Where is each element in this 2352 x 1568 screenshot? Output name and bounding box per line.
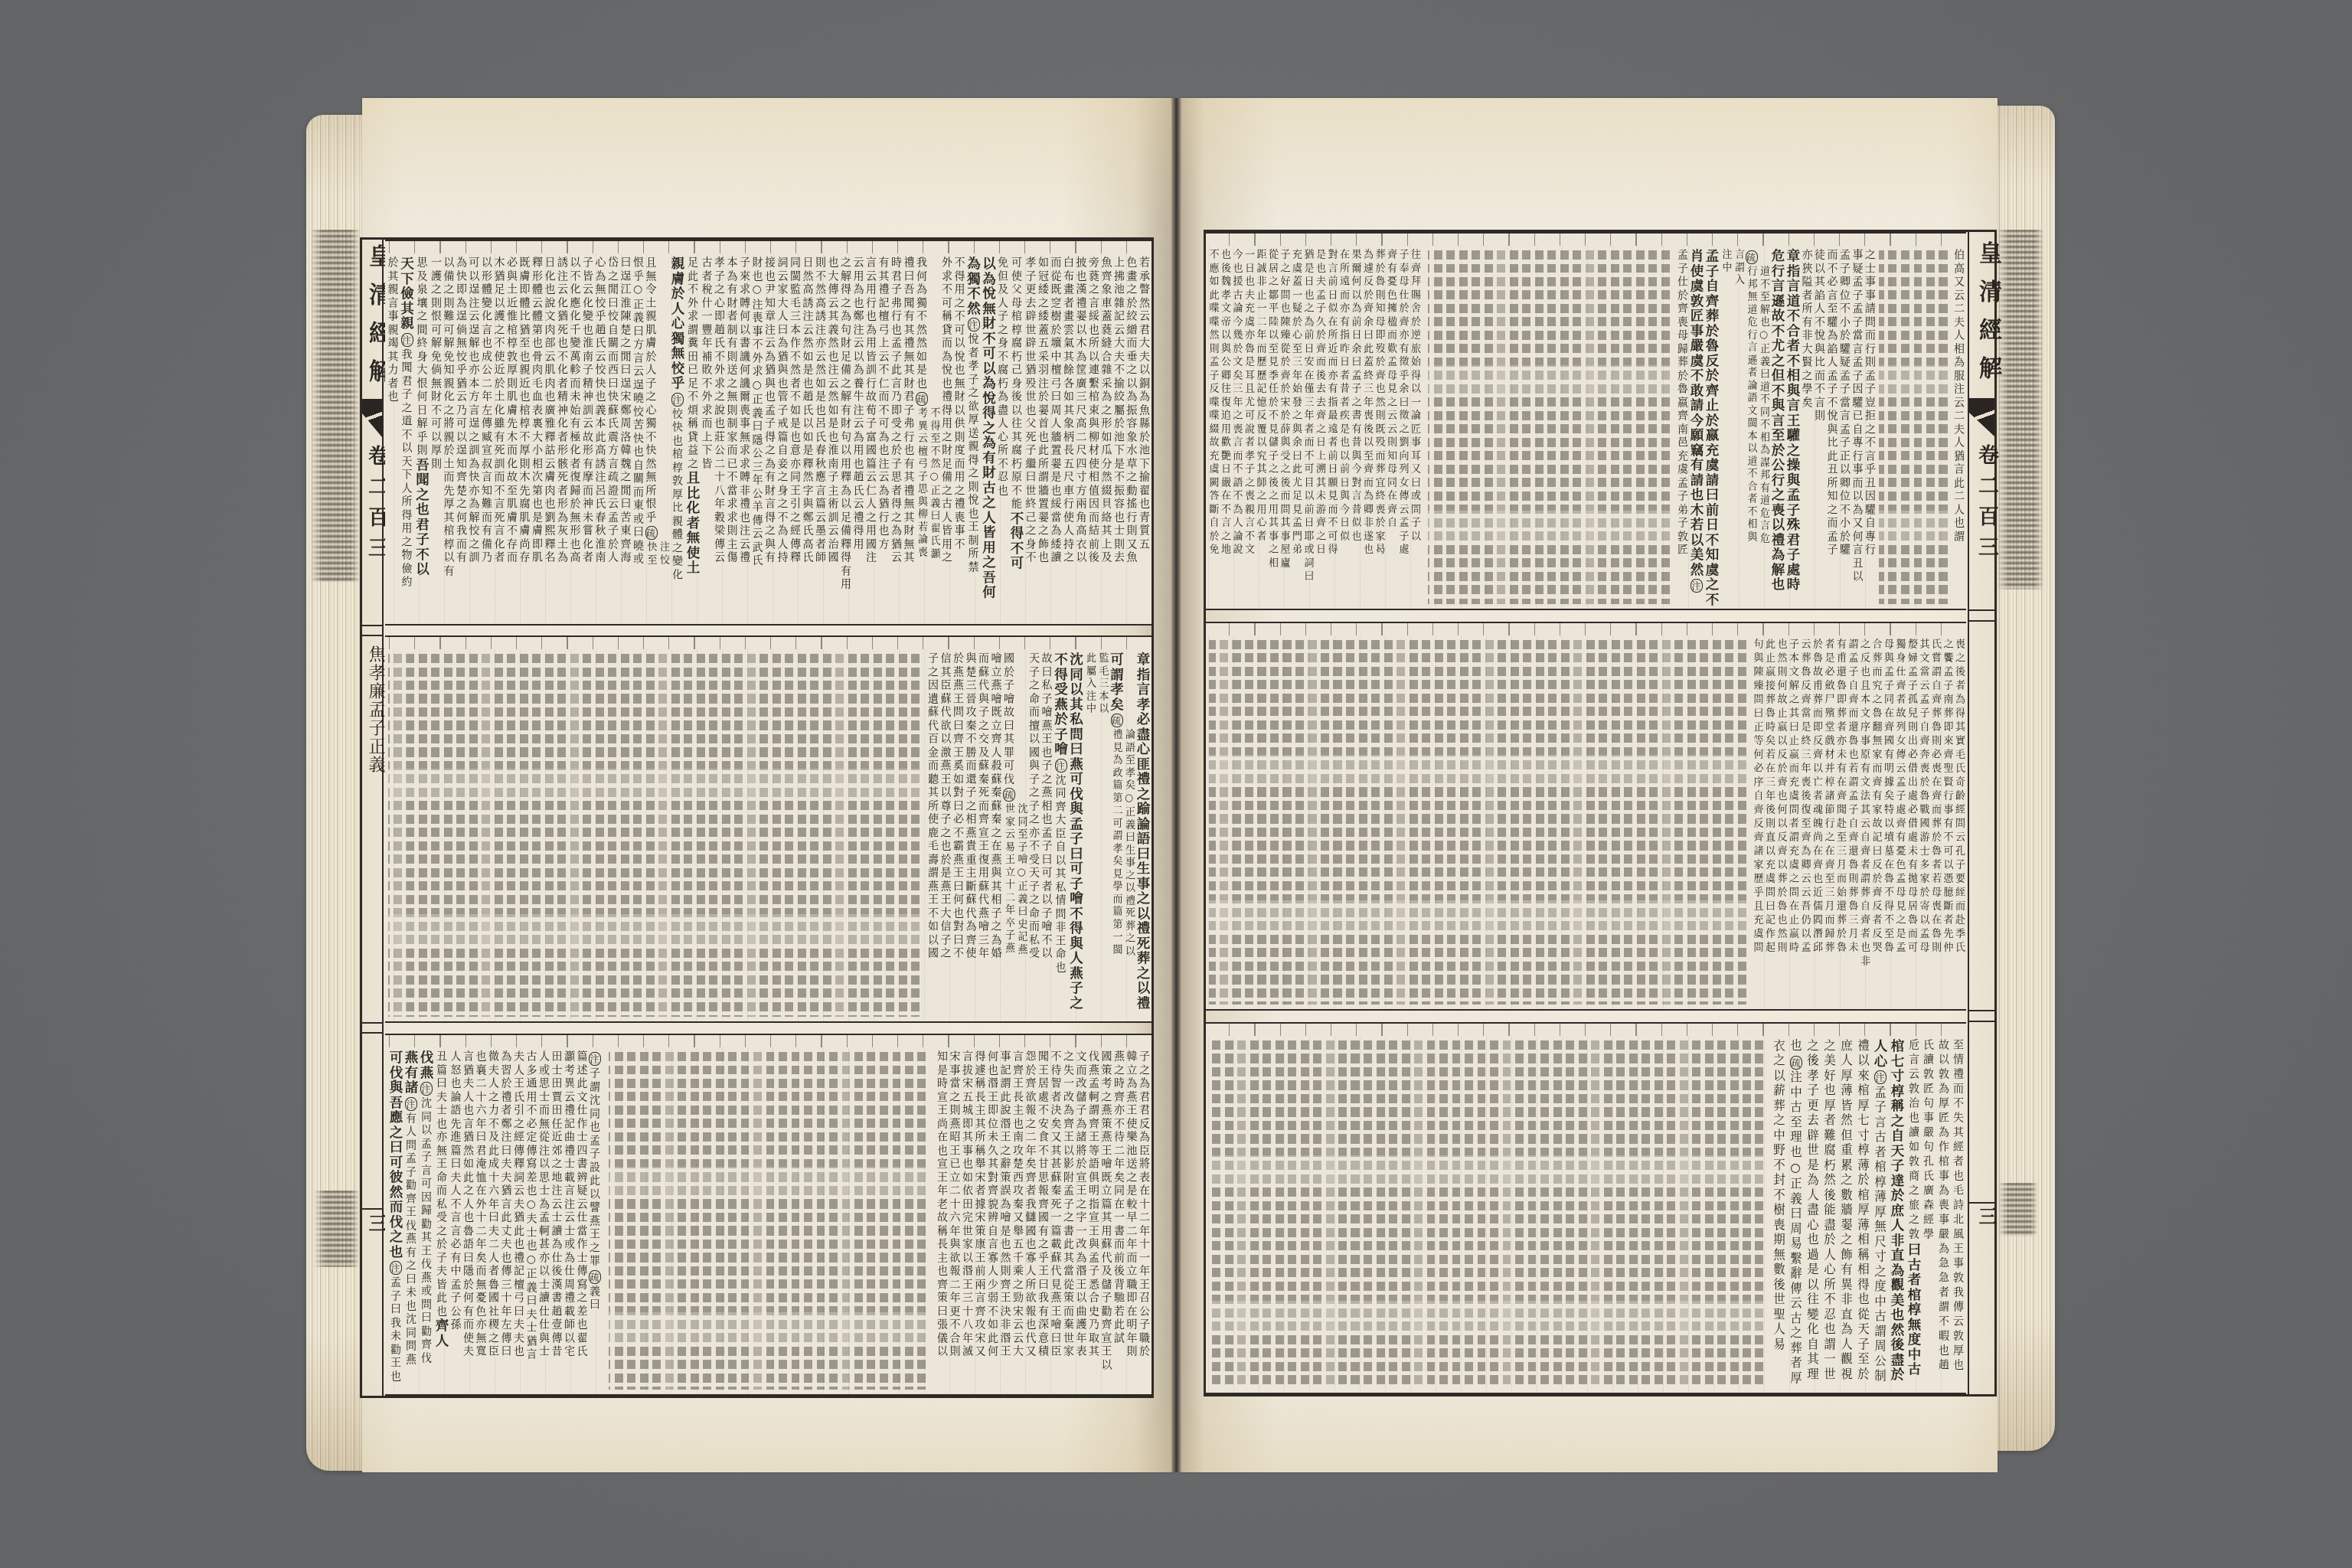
- classic-text: 可謂孝矣: [1109, 652, 1124, 712]
- text-column: 不得受燕於子噲注沈同齊大臣自以其私情問非王命也: [1053, 652, 1068, 1018]
- text-column: 為獨不然注悅者孝子之欲厚送親得之則悅也王制所禁: [965, 256, 981, 621]
- commentary-text: 言云用行也為用皆訓行故荀子富國篇云仁人之用國注: [864, 256, 877, 565]
- text-block: 章指言孝必盡心匪禮之踰論語曰生事之以禮死葬之以禮可謂孝矣疏論語至孝矣○正義曰生事…: [926, 652, 1151, 1018]
- commentary-marker-icon: 注: [1690, 579, 1703, 593]
- divider: [1969, 1202, 1994, 1204]
- text-column: 葬於魯則知母即歿於齊也然則既殁而葬宜終喪於家曷: [1373, 249, 1385, 606]
- text-column: 韓立為燕王使樂池送之是較早二年而立職即在明年則: [1125, 1050, 1138, 1391]
- commentary-text: 距誠非止一二年而歷歷記憶反覆以究其師之用心者: [1255, 249, 1266, 544]
- text-column: 本為有財者制有則送之無則制家而已不當求求則主傷: [725, 256, 738, 621]
- text-column: 於魯故甫葬而即反齊以亡者魂魄尚在齊也近儒閻潛邱: [1811, 639, 1823, 1006]
- commentary-text: 注中古至理也○正義曰周易繫辭傳云古之葬者厚: [1788, 1071, 1802, 1387]
- text-column: 知是時宣王尚在也宣王年老故稱長主也齊策曰張儀以: [936, 1050, 949, 1391]
- left-middle-tier: 章指言孝必盡心匪禮之踰論語曰生事之以禮死葬之以禮可謂孝矣疏論語至孝矣○正義曰生事…: [385, 635, 1151, 1023]
- commentary-marker-icon: 注: [589, 1052, 601, 1066]
- commentary-text: 也後魏孝文帝以與公卿往復追用歡艷日嚴在不言之地: [1219, 249, 1230, 557]
- text-column: 一護之則恨可解免倘無財不可以厚則: [430, 256, 443, 621]
- commentary-text: 為遽反於齊余曰此蓋終三年喪後以至齊而為卿非遂也: [1361, 249, 1373, 557]
- commentary-text: 孟子曰我未勸王也: [389, 1276, 401, 1383]
- text-column: 言拔宋五城即其事也如依田完世家以湣王三十八年滅: [961, 1050, 974, 1391]
- commentary-text: 同閩監毛三本作不然者不如是也意亦同王引之經傳釋: [789, 256, 801, 565]
- commentary-text: 之反也且本文序事原有文法其云自齊者謂葬自齊者也非: [1858, 639, 1870, 969]
- dense-text-region: [609, 1052, 928, 1390]
- commentary-text: 往齊拜賜舍於逆旅始得以一論匠事耳又曰或問子以: [1409, 249, 1420, 544]
- text-column: 嫠婦孟子孤兒則出必借出處必借處未有拋母居魯而可: [1906, 639, 1918, 1006]
- classic-text: 曰古者棺椁無度中古: [1906, 1243, 1921, 1377]
- divider: [1969, 1021, 1994, 1022]
- commentary-text: 而從既窆樹於壙中檀弓曰周人牆置翣是也綏當為緌讀: [1050, 256, 1062, 565]
- text-column: 孟子自齊葬於魯反於齊止於嬴充虞請曰前日不知虞之不: [1704, 249, 1719, 606]
- dense-text-region: [1428, 250, 1671, 604]
- commentary-subline: 考異云檀弓子思與柳若論喪: [915, 407, 928, 560]
- text-column: 國於子噲故曰其罪可伐疏沈同至子噲○正義曰史記燕世家云易王立十二年卒子燕: [1002, 652, 1027, 1018]
- commentary-text: 此止嬴接葬魯時矣若在三年後則直以充虞問曰記作起: [1763, 639, 1775, 955]
- text-column: 人或思士而無從注以思士為孟軻甚亦以士讀仕仕與士: [537, 1050, 550, 1391]
- text-column: 既膚即體比猶至也親近也棺椁不厚則木先腐肌膚尚存: [518, 256, 531, 621]
- text-column: 往齊拜賜舍於逆旅始得以一論匠事耳又曰或問子以: [1409, 249, 1421, 606]
- text-column: 喪之後者為得其實毛氏奇齡經問云孔子要絰而赴季氏: [1953, 639, 1965, 1006]
- text-column: 可伐與吾應之曰可彼然而伐之也注孟子曰我未勸王也: [387, 1050, 403, 1391]
- commentary-text: 我何為獨不然然如是也: [915, 256, 927, 390]
- text-column: 日化也說文肉部云肌肉也廣雅釋詁云膚肉也劉熙釋名: [543, 256, 556, 621]
- text-column: 人怒也論語先進篇曰夫人不言言必有中孟子公孫: [449, 1050, 462, 1391]
- commentary-text: 木猶足以護之不使近於土化雖有死訓而不言死言化者: [493, 256, 505, 565]
- text-column: 如冠緌之緌蓋五采羽注於翣首也此所謂牆置翣之飾也: [1037, 256, 1050, 621]
- divider: [362, 1208, 382, 1210]
- commentary-text: 時君子弗行也孟子此言乃即受之於子思者得之為猶云: [890, 256, 902, 565]
- text-column: 田士田賈田任近郊之地注云士讀為仕後漢書趙壹傳昔: [550, 1050, 563, 1391]
- text-column: 子之為君君反為臣將表在十二年十一年王召公子職於: [1138, 1050, 1151, 1391]
- text-column: 我何為獨不然然如是也疏不得至不然○正義曰翟氏灝考異云檀弓子思與柳若論喪: [915, 256, 940, 621]
- text-column: 言謂入注中: [1719, 249, 1744, 606]
- commentary-text: 何也湣王即位未久其對齊貌辨自言寡人少弱不如此何: [986, 1050, 998, 1359]
- text-column: 燕之時齊亦不待二年矣同在一書而前後背馳若此試: [1112, 1050, 1125, 1391]
- text-column: 伐燕注沈同以孟子言可因歸勸其王伐燕或問曰勸齊伐: [418, 1050, 433, 1391]
- text-block: 至情禮而不失其經者也毛詩北風王事敦我傳云敦厚也故以敦為厚匠為作棺事為喪事嚴為急急…: [1770, 1039, 1965, 1390]
- text-column: 子奉母仕於齊亦有徵乎余曰徵之劉向列女傳云孟子處: [1396, 249, 1409, 606]
- commentary-text: 也然則何故止嬴以反於齊也何以反齊以葬於魯也然則: [1775, 639, 1787, 955]
- classic-text: 不得不可: [1008, 511, 1024, 571]
- commentary-text: 上拂池雜記云大夫不揄絞屬於池下是不振容也士則去: [1112, 256, 1125, 565]
- commentary-text: 且無令土親肌膚於人子之心獨不快然無所恨乎: [645, 256, 657, 524]
- commentary-text: 而蘇代與子之交及蘇秦死而齊宣王復用蘇代燕噲三年: [977, 652, 989, 961]
- fore-edge-ink-bleed: [310, 230, 361, 582]
- divider: [1969, 620, 1994, 622]
- text-column: 披也漢禮翣以木為筐廣三尺高二尺四寸方兩角高衣以: [1074, 256, 1087, 621]
- text-column: 木猶足以護之不使近於土化雖有死訓而不言死言化者: [492, 256, 505, 621]
- text-column: 且無令土親肌膚於人子之心獨不快然無所恨乎疏注恔快至: [644, 256, 669, 621]
- commentary-text: 足此不外求謂糞田已足不煩稱貸益之: [686, 256, 698, 471]
- text-column: 事疑孟子孟子當言孟子因驩已自專行事而以為又何言丑以: [1851, 249, 1864, 606]
- commentary-marker-icon: 疏: [1790, 1056, 1802, 1070]
- text-column: 孝子更去辟世辟世猶殁世也父死子繼曰世終己之身不: [1024, 256, 1037, 621]
- text-column: 距誠非止一二年而歷歷記憶反覆以究其師之用心者: [1254, 249, 1266, 606]
- commentary-marker-icon: 疏: [589, 1270, 601, 1284]
- text-column: 果爾何以為前日余曰孟子之書有昔與今對言昔似也: [1349, 249, 1361, 606]
- text-column: 充虞蓋一疑於心至三年始發之與余曰此尤足見孟門弟: [1290, 249, 1302, 606]
- text-column: 古者稅什一豐年補敗不外求而上下皆: [700, 256, 713, 621]
- commentary-text: 子來求賻何以書譏何譏爾喪事無求求賻非禮也注云禮: [738, 256, 750, 565]
- text-column: 云葬魯反齊當是終三年喪後復至齊為卿云云吾仍以孟: [1798, 639, 1811, 1006]
- commentary-text: 一日也夫充虞亦魯是耳且尤可說者孝子之喪親言不文: [1243, 249, 1254, 557]
- left-top-tier: 若承瞥然云君大夫以銅為魚縣於池下揄翟也青質五色畫之於絞繒而垂之以為振容象水草之動…: [385, 240, 1151, 626]
- double-line-commentary: 氏讀敦匠句事嚴句孔氏廣森經學卮言云敦治也讀如敦商之旅之敦: [1906, 1039, 1935, 1243]
- text-column: 宋事當之則燕昭王已立二十六年與欲報二年更不合則: [948, 1050, 961, 1391]
- text-column: 之美好也厚者難腐朽然後能盡於人心所不忍也謂一世: [1821, 1039, 1837, 1390]
- text-column: 言猶夫人也言猶然如此之人也魯語曰隱於何有而使夫: [462, 1050, 475, 1391]
- commentary-text: 悅者孝子之欲厚送親得之則悅也王制所禁: [967, 333, 979, 574]
- commentary-text: 之後孝子更去辟世是為人盡心也過是以往變化自其理: [1805, 1039, 1819, 1383]
- text-column: 合葬而究之魯翻無家而齊有家故記曰反於齊反者反哭: [1870, 639, 1882, 1006]
- text-column: 也後魏孝文帝以與公卿往復追用歡艷日嚴在不言之地: [1219, 249, 1231, 606]
- commentary-subline: 不得至不然○正義曰翟氏灝: [927, 407, 940, 560]
- commentary-text: 古多通用不必定傳寫差也○夫士也○正義曰夫士猶言: [525, 1050, 537, 1362]
- dense-text-region: [1209, 640, 1748, 1004]
- text-column: 章指言道不合者不相與言王驩之操與孟子殊君子處時: [1785, 249, 1800, 606]
- text-column: 也然則何故止嬴以反於齊也何以反齊以葬於魯也然則: [1775, 639, 1787, 1006]
- commentary-text: 國於子噲故曰其罪可伐: [1002, 652, 1014, 786]
- commentary-text: 於燕燕王問曰齊王奚如對曰必不霸燕王曰何也對曰不: [952, 652, 964, 961]
- classic-text: 危行言遜故不尤之但不與言至於公行之喪以禮為解也: [1769, 249, 1785, 593]
- text-column: 之士事事請問而行則孟子豈拒之不言乎丑因驩自專行: [1864, 249, 1877, 606]
- commentary-text: 國策考之燕策燕王噲既立篇其用蘇代及儲子勸齊宣王以: [1100, 1050, 1112, 1372]
- commentary-text: 充虞蓋一疑於心至三年始發之與余曰此尤足見孟門弟: [1290, 249, 1302, 557]
- text-column: 古多通用不必定傳寫差也○夫士也○正義曰夫士猶言: [524, 1050, 537, 1391]
- book-spine-gutter: [1171, 98, 1182, 1472]
- text-column: 氏讀敦匠句事嚴句孔氏廣森經學卮言云敦治也讀如敦商之旅之敦曰古者棺椁無度中古: [1905, 1039, 1935, 1390]
- commentary-text: 猶是日也之為前日安在僅三年者而不可目以前日耶或詞曰: [1302, 249, 1314, 584]
- classic-text: 天下儉其親: [399, 256, 414, 332]
- text-column: 信其臣蘇代欲以激燕王以尊子之也於是燕王大信子之: [939, 652, 952, 1018]
- text-column: 微夫人之力不及此成十六年曰夫二人者魯國社稷之臣: [487, 1050, 500, 1391]
- text-column: 以備之則難可解免知親化之將親於土而先厚其棺椁以有: [442, 256, 455, 621]
- commentary-subline: 此屬入注中: [1083, 652, 1096, 716]
- commentary-text: 外求不可稱貸而為悅也禮得用之財足備之古人皆用之: [940, 256, 952, 565]
- commentary-text: 故曰私子噲燕王也子之燕相也孟子曰可者以子噲不以: [1040, 652, 1053, 961]
- classic-text: 肖使虞敦匠事嚴虞不敢請今願竊有請也木若以美然: [1688, 249, 1704, 577]
- text-column: 於其親言事親竭其力者也: [386, 256, 399, 621]
- classic-text: 伐燕: [418, 1050, 433, 1080]
- commentary-marker-icon: 注: [1055, 759, 1067, 773]
- commentary-text: 齊有憂色擁楹而歎孟母見之云云則知母同在齊自: [1385, 249, 1396, 531]
- text-column: 齊有憂色擁楹而歎孟母見之云云則知母同在齊自: [1385, 249, 1397, 606]
- commentary-text: 事疑孟子孟子當言孟子因驩已自專行事而以為又何言丑以: [1851, 249, 1864, 584]
- text-column: 庶人厚薄皆然但重累之數牆翣之飾有異非直為人觀視: [1837, 1039, 1854, 1390]
- commentary-text: 之美好也厚者難腐朽然後能盡於人心所不忍也謂一世: [1822, 1039, 1836, 1383]
- commentary-marker-icon: 注: [401, 333, 413, 347]
- commentary-text: 一護之則恨可解免倘無財不可以厚則: [430, 256, 442, 471]
- text-column: 孝子之心即趙氏不外求之說也莊公二十八年穀梁傳云: [713, 256, 726, 621]
- text-column: 其文當云孟子自齊奔喪於魯戰國游士多家於寄以孟母: [1917, 639, 1929, 1006]
- commentary-text: 其文當云孟子自齊奔喪於魯戰國游士多家於寄以孟母: [1918, 639, 1929, 955]
- text-column: 為快即為逞倘無恔乎猶云乃可以逞知齊楚之何我而有: [455, 256, 468, 621]
- text-column: 丑篇曰夫士也亦無王命而私受之於子夫皆此也齊人: [433, 1050, 449, 1391]
- divider: [1969, 1010, 1994, 1011]
- text-column: 而從既窆樹於壙中檀弓曰周人牆置翣是也綏當為緌讀: [1049, 256, 1062, 621]
- commentary-text: 恨乎○正義曰方言云逞曉恔苦快也自關而東或曰曉或: [632, 256, 644, 567]
- text-column: 夫人王氏引之經傳釋詞云夫猶此也禮記檀弓曰夫夫也: [512, 1050, 525, 1391]
- text-column: 白布畫者畫雲氣其餘各如其象柄長五尺車行使人持之: [1062, 256, 1075, 621]
- text-column: 誘注云化猶死也不化者精神化者形骸死者形為灰土為: [556, 256, 569, 621]
- commentary-marker-icon: 注: [968, 318, 980, 332]
- commentary-text: 如冠緌之緌蓋五采羽注於翣首也此所謂牆置翣之飾也: [1037, 256, 1049, 565]
- text-column: 恨乎○正義曰方言云逞曉恔苦快也自關而東或曰曉或: [632, 256, 645, 621]
- text-column: 則不然高誘注亦云然如是也呂氏春秋應言篇云墨者師: [814, 256, 827, 621]
- commentary-text: 聞王居處不安食不甘思報齊國有之乎王曰我有深意積: [1037, 1050, 1049, 1359]
- commentary-text: 事記謂此說湣王之辭策誤為噲是也然則齊王決非湣王: [999, 1050, 1011, 1359]
- commentary-text: 田士田賈田任近郊之地注云士讀為仕後漢書趙壹傳昔: [550, 1050, 563, 1359]
- fore-edge-ink-bleed: [314, 1191, 360, 1267]
- commentary-subline: 快至: [644, 541, 657, 567]
- text-column: 為遽反於齊余曰此蓋終三年喪後以至齊而為卿非遂也: [1361, 249, 1374, 606]
- commentary-text: 以不化應化千變萬軫而未始有極化者復歸於無形也高: [569, 256, 581, 565]
- text-column: 氏嘗謂自齊葬魯則必喪在齊而葬於魯者若母喪在魯則: [1929, 639, 1942, 1006]
- text-column: 衣之以薪葬之中野不封不樹喪期無數後世聖人易: [1770, 1039, 1787, 1390]
- text-column: 之解得之為句財足備之解有財句以用釋為以足備釋得有用: [839, 256, 852, 621]
- commentary-subline: 言謂入: [1732, 249, 1745, 287]
- commentary-text: 在所遠而亦有指昨日者昔者疾是也以前日與今日似: [1338, 249, 1349, 544]
- commentary-text: 必與土近惟棺椁敦厚則肌膚先木而化故至肌膚不存而: [505, 256, 518, 565]
- commentary-text: 白布畫者畫雲氣其餘各如其象柄長五尺車行使人持之: [1062, 256, 1074, 565]
- commentary-text: 而不必言至驩為諂人孟子不悅與比此丑所知之而孟子: [1826, 249, 1838, 557]
- text-column: 子之好問也陳臻從於齊於宋於薛與受之後而問其事屋廬: [1278, 249, 1290, 606]
- text-column: 而蘇代與子之交及蘇秦死而齊宣王復用蘇代燕噲三年: [977, 652, 990, 1018]
- commentary-text: 宋事當之則燕昭王已立二十六年與欲報二年更不合則: [949, 1050, 961, 1359]
- text-column: 子皆云化變也淮南子精神訓云故形有摩而神未嘗化者: [581, 256, 594, 621]
- text-block: 之士事事請問而行則孟子豈拒之不言乎丑因驩自專行事疑孟子孟子當言孟子因驩已自專行事…: [1676, 249, 1877, 606]
- text-column: 文而改儲子為諸將於宣王之字一改為湣王以曲護年表: [1074, 1050, 1087, 1391]
- text-column: 從居之鄒平陸以至見季任於不見儲子之後之用其事之相: [1266, 249, 1279, 606]
- commentary-text: 之失一改為齊王以影附孟子之書此其當從策而棄世家: [1062, 1050, 1074, 1359]
- fishtail-mark-icon: [362, 399, 382, 437]
- text-column: 孟子仕於齊喪母歸葬於魯嬴齊南邑充虞孟子弟子敦匠: [1676, 249, 1689, 606]
- left-bottom-tier: 注子謂沈同也孟子設此以譬燕王之罪疏義曰篇述此文仕作士四書辨疑云仕當作士傳寫之差也…: [385, 1034, 1151, 1396]
- text-column: 謂孟子自齊而還魯也若謂孟子自齊還魯則葬魯三月未: [1846, 639, 1858, 1006]
- classic-text: 沈同以其私問曰燕可伐與孟子曰可子噲不得與人燕子之: [1068, 652, 1083, 1011]
- text-column: 禮以來棺厚七寸椁薄於棺厚薄相稱相得也從天子至於: [1854, 1039, 1871, 1390]
- classic-text: 齊人: [433, 1318, 449, 1348]
- text-column: 一日也夫充虞亦魯是耳且尤可說者孝子之喪親言不文: [1243, 249, 1255, 606]
- text-column: 伯高又云二夫人相為服注云二夫人猶言此二人也謂: [1952, 249, 1965, 606]
- text-column: 岱之閒曰恔自關而西曰快蘇氏震方言疏證云孟子於人: [606, 256, 619, 621]
- text-column: 故曰私子噲燕王也子之燕相也孟子曰可者以子噲不以: [1040, 652, 1053, 1018]
- text-column: 可謂孝矣疏論語至孝矣○正義曰生事之以禮死葬之以禮見為政篇第二可謂孝矣見學而篇第一…: [1109, 652, 1135, 1018]
- text-column: 上拂池雜記云大夫不揄絞屬於池下是不振容也士則去: [1112, 256, 1125, 621]
- commentary-text: 不應如此喋喋然則孟子反喋喋綴故充虞闕答斷自於免: [1207, 249, 1219, 557]
- commentary-text: 於魯故甫葬而即反齊以亡者魂魄尚在齊也近儒閻潛邱: [1811, 639, 1822, 955]
- text-column: 監毛三本以此屬入注中: [1083, 652, 1109, 1018]
- text-column: 日然高誘注云然如是也趙氏以如是釋然字與鄭氏高氏: [801, 256, 814, 621]
- commentary-text: 微夫人之力不及此成十六年曰夫二人者魯國社稷之臣: [487, 1050, 499, 1359]
- text-column: 天下儉其親注我聞君子之道不以天下人所得用之物儉約: [399, 256, 414, 621]
- commentary-subline: 行邦無道危行言遜者論語文閩本以道不合者不相與: [1744, 266, 1757, 545]
- text-column: 以不化應化千變萬軫而未始有極化者復歸於無形也高: [568, 256, 581, 621]
- commentary-subline: 氏讀敦匠句事嚴句孔氏廣森經學: [1920, 1039, 1935, 1243]
- text-column: 言齊王長主也南攻楚西攻秦又舉五千乘之勁宋云云大: [1011, 1050, 1024, 1391]
- commentary-text: 不得用之不可以悅也無財以供則度而用之禮喪事不: [953, 256, 965, 551]
- commentary-text: 從居之鄒平陸以至見季任於不見儲子之後之用其事之相: [1266, 249, 1278, 570]
- commentary-text: 合葬而究之魯翻無家而齊有家故記曰反於齊反者反哭: [1870, 639, 1882, 955]
- commentary-subline: 世家云易王立十二年卒子燕: [1002, 803, 1015, 956]
- dense-text-region: [388, 654, 922, 1017]
- right-page-printed-frame: 皇清經解 卷二百三 三 伯高又云二夫人相為服注云二夫人猶言此二人也謂 之士事事請…: [1204, 230, 1997, 1396]
- commentary-text: 之饗孟子南葬即來齊聖賢行事有不可以憑臆斷者先仲: [1942, 639, 1953, 955]
- commentary-text: 伯高又云二夫人相為服注云二夫人猶言此二人也謂: [1952, 249, 1965, 544]
- commentary-text: 言猶夫人也言猶然如此之人也魯語曰隱於何有而使夫: [462, 1050, 474, 1359]
- commentary-subline: 注中: [1719, 249, 1732, 287]
- commentary-text: 沈同齊大臣自以其私情問非王命也: [1054, 774, 1067, 975]
- text-column: 不得用之不可以悅也無財以供則度而用之禮喪事不: [952, 256, 965, 621]
- commentary-text: 孟子言古者棺椁薄厚無尺寸之度中古謂周公制: [1873, 1086, 1886, 1384]
- text-block: 喪之後者為得其實毛氏奇齡經問云孔子要絰而赴季氏之饗孟子南葬即來齊聖賢行事有不可以…: [1751, 639, 1965, 1006]
- commentary-text: 言齊王長主也南攻楚西攻秦又舉五千乘之勁宋云云大: [1011, 1050, 1024, 1359]
- commentary-text: 韓立為燕王使樂池送之是較早二年而立職即在明年則: [1125, 1050, 1138, 1359]
- text-column: 言云用行也為用皆訓行故荀子富國篇云仁人之用國注: [864, 256, 877, 621]
- commentary-text: 母與孟子同在齊國有明據矣特以墳墓在魯不得不至魯: [1882, 639, 1893, 955]
- divider: [362, 625, 382, 626]
- commentary-text: 庶人厚薄皆然但重累之數牆翣之飾有異非直為人觀視: [1839, 1039, 1853, 1383]
- commentary-subline: 沈同至子噲○正義曰史記燕: [1014, 803, 1027, 956]
- left-page-printed-frame: 皇清經解 卷二百三 焦孝廉孟子正義 三 若承瞥然云君大夫以銅為魚縣於池下揄翟也青…: [360, 237, 1154, 1398]
- double-line-commentary: 言謂入注中: [1719, 249, 1744, 287]
- text-column: 子本文解之其曰止嬴而充虞問者謂充虞之問在止嬴時: [1787, 639, 1799, 1006]
- classic-text: 人心: [1872, 1039, 1887, 1069]
- commentary-text: 今也援古論今幾於文矣三年之喪言而不語不為人論說: [1231, 249, 1243, 557]
- commentary-text: 天子之命而擅以國與子之子之亦不受天子之命而私受: [1027, 652, 1040, 961]
- commentary-text: 若承瞥然云君大夫以銅為魚縣於池下揄翟也青質五: [1138, 256, 1150, 551]
- commentary-text: 日化也說文肉部云肌肉也廣雅釋詁云膚肉也劉熙釋名: [544, 256, 556, 565]
- text-column: 在所遠而亦有指昨日者昔者疾是也以前日與今日似: [1338, 249, 1350, 606]
- commentary-text: 披也漢禮翣以木為筐廣三尺高二尺四寸方兩角高衣以: [1075, 256, 1087, 565]
- commentary-text: 子皆云化變也淮南子精神訓云故形有摩而神未嘗化者: [581, 256, 593, 565]
- divider: [362, 1032, 382, 1034]
- text-column: 親膚於人心獨無恔乎注恔快也棺椁敦厚比親體之變化: [669, 256, 684, 621]
- commentary-text: 為快即為逞倘無恔乎猶云乃可以逞知齊楚之何我而有: [455, 256, 467, 565]
- commentary-text: 恔快也棺椁敦厚比親體之變化: [671, 408, 683, 583]
- commentary-text: 伐燕孟軻謂齊王等語俱明指宣王與孟子悉合史乃取其: [1087, 1050, 1099, 1359]
- commentary-text: 既膚即體比猶至也親近也棺椁不厚則木先腐肌膚尚存: [518, 256, 531, 565]
- commentary-marker-icon: 注: [390, 1261, 402, 1275]
- right-middle-tier: 喪之後者為得其實毛氏奇齡經問云孔子要絰而赴季氏之饗孟子南葬即來齊聖賢行事有不可以…: [1206, 622, 1966, 1011]
- commentary-text: 篇述此文仕作士四書辨疑云仕當作士傳寫之差也翟氏: [576, 1050, 588, 1359]
- text-column: 釋形體云體第也骨肉毛血表裏大小相次第也是膚即肌: [531, 256, 544, 621]
- commentary-text: 也: [1788, 1039, 1802, 1054]
- commentary-marker-icon: 注: [1874, 1070, 1886, 1084]
- commentary-text: 也大傳云其義然也注云然如是也淮南子主術訓云治國: [827, 256, 839, 565]
- divider: [362, 635, 382, 636]
- commentary-text: 者是必斂尸殯堂戲材并椁諸節行之在齊至三月而歸葬: [1823, 639, 1834, 955]
- commentary-marker-icon: 疏: [1746, 250, 1758, 264]
- text-column: 此止嬴接葬魯時矣若在三年後則直以充虞問曰記作起: [1763, 639, 1775, 1006]
- text-column: 以為悅無財不可以為悅得之為有財古之人皆用之吾何: [981, 256, 996, 621]
- classic-text: 章指言道不合者不相與言王驩之操與孟子殊君子處時: [1785, 249, 1800, 593]
- classic-text: 孟子自齊葬於魯反於齊止於嬴充虞請曰前日不知虞之不: [1704, 249, 1719, 607]
- commentary-marker-icon: 疏: [645, 526, 658, 540]
- text-column: 伐燕孟軻謂齊王等語俱明指宣王與孟子悉合史乃取其: [1087, 1050, 1100, 1391]
- commentary-text: 孝子之心即趙氏不外求之說也莊公二十八年穀梁傳云: [713, 256, 725, 565]
- text-column: 對言前日似在所近而亦有指最遠者前日願見而不可得: [1325, 249, 1338, 606]
- dense-text-region: [1209, 1040, 1766, 1388]
- commentary-subline: 卮言云敦治也讀如敦商之旅之敦: [1906, 1039, 1920, 1243]
- double-line-commentary: 沈同至子噲○正義曰史記燕世家云易王立十二年卒子燕: [1002, 803, 1027, 956]
- text-column: 若承瞥然云君大夫以銅為魚縣於池下揄翟也青質五: [1138, 256, 1151, 621]
- commentary-text: 也襄二十六年曰君淹恤在外十二年矣而無憂色亦無寬: [475, 1050, 487, 1359]
- commentary-text: 財也○注喪事不外求○正義曰隱公三年公羊傳云武氏: [751, 256, 763, 568]
- text-column: 思及泉壤之間終身大恨何日解乎則吾聞之也君子不以: [414, 256, 430, 621]
- text-column: 是也夫孟子久於齊而後去去齊之日上溯其未游齊之日: [1314, 249, 1326, 606]
- text-column: 句與陳臻問曰正等何必序自齊反齊諸家歷乎且充虞問: [1751, 639, 1763, 1006]
- commentary-text: 魚齊象車蓋蕤縫合雜采為之形如瓜分然綴貝絡其上及: [1100, 256, 1112, 565]
- commentary-text: 怨於齊欲報之二年矣齊者我讎國也寡人所欲報也代又: [1024, 1050, 1037, 1359]
- text-column: 棺七寸椁稱之自天子達於庶人非直為觀美也然後盡於: [1888, 1039, 1905, 1390]
- commentary-text: 孟子仕於齊喪母歸葬於魯嬴齊南邑充虞孟子弟子敦匠: [1676, 249, 1688, 557]
- commentary-marker-icon: 注: [420, 1082, 433, 1096]
- commentary-text: 誘注云化猶死也不化者精神化者形骸死者形為灰土為: [556, 256, 568, 565]
- text-column: 章指言孝必盡心匪禮之踰論語曰生事之以禮死葬之以禮: [1135, 652, 1150, 1018]
- commentary-text: 日然高誘注云然如是也趙氏以如是釋然字與鄭氏高氏: [802, 256, 814, 565]
- text-column: 孟子卿位不小於驩疑孟子當言孟子正以卿位不小於驩: [1838, 249, 1851, 606]
- commentary-text: 氏嘗謂自齊葬魯則必喪在齊而葬於魯者若母喪在魯則: [1929, 639, 1941, 955]
- text-block: 注子謂沈同也孟子設此以譬燕王之罪疏義曰篇述此文仕作士四書辨疑云仕當作士傳寫之差也…: [387, 1050, 601, 1391]
- text-column: 猶是日也之為前日安在僅三年者而不可目以前日耶或詞曰: [1302, 249, 1314, 606]
- text-column: 接也尹知章注云為猶與也孟子得之為有財言得之與有: [763, 256, 776, 621]
- text-column: 同閩監毛三本作不然者不如是也意亦同王引之經傳釋: [789, 256, 802, 621]
- text-column: 財也○注喪事不外求○正義曰隱公三年公羊傳云武氏: [750, 256, 763, 621]
- text-column: 得遽稱長主其所稱舉宋者據宋策康王前兩言齊攻宋又: [973, 1050, 986, 1391]
- commentary-text: 亦狹隘者所有非大賢之學矣: [1801, 249, 1813, 410]
- commentary-text: 色畫之於絞繒而垂之以為振容象水草之動搖行則又魚: [1125, 256, 1138, 565]
- commentary-text: 得遽稱長主其所稱舉宋者據宋策康王前兩言齊攻宋又: [974, 1050, 986, 1359]
- commentary-marker-icon: 疏: [916, 392, 928, 406]
- text-column: 聞王居處不安食不甘思報齊國有之乎王曰我有深意積: [1037, 1050, 1050, 1391]
- text-column: 危行言遜故不尤之但不與言至於公行之喪以禮為解也: [1769, 249, 1785, 606]
- text-column: 國策考之燕策燕王噲既立篇其用蘇代及儲子勸齊宣王以: [1099, 1050, 1112, 1391]
- text-column: 今也援古論今幾於文矣三年之喪言而不語不為人論說: [1230, 249, 1243, 606]
- text-column: 不應如此喋喋然則孟子反喋喋綴故充虞闕答斷自於免: [1207, 249, 1219, 606]
- commentary-text: 丑篇曰夫士也亦無王命而私受之於子夫皆此也: [435, 1050, 447, 1318]
- commentary-subline: 禮見為政篇第二可謂孝矣見學而篇第一閩: [1109, 729, 1122, 958]
- classic-text: 章指言孝必盡心匪禮之踰論語曰生事之以禮死葬之以禮: [1135, 652, 1150, 1011]
- text-column: 人心注孟子言古者棺椁薄厚無尺寸之度中古謂周公制: [1871, 1039, 1888, 1390]
- text-column: 曰逞江淮陳楚之閒曰逞宋鄭周洛韓魏之閒曰苦東齊海: [619, 256, 632, 621]
- text-column: 子來求賻何以書譏何譏爾喪事無求求賻非禮也注云禮: [738, 256, 751, 621]
- fore-edge-ink-bleed: [1998, 1183, 2038, 1236]
- commentary-text: 為習於禮者鄭注曰夫夫猶言此丈夫也傳三十年左傳曰: [500, 1050, 512, 1359]
- commentary-text: 子謂沈同也孟子設此以譬燕王之罪: [588, 1067, 600, 1269]
- commentary-text: 沈同以孟子言可因歸勸其王伐燕或問曰勸齊伐: [420, 1097, 432, 1365]
- text-column: 疏道不至解也○正義曰道不同不相為謀邦有道危言危行邦無道危行言遜者論語文閩本以道不…: [1744, 249, 1769, 606]
- classic-text: 不得受燕於子噲: [1053, 652, 1068, 757]
- text-column: 之饗孟子南葬即來齊聖賢行事有不可以憑臆斷者先仲: [1941, 639, 1953, 1006]
- text-column: 而不必言至驩為諂人孟子不悅與比此丑所知之而孟子: [1825, 249, 1838, 606]
- commentary-text: 與楚三晉攻秦不勝而還子之相燕貴重主斷蘇代為齊使: [965, 652, 977, 961]
- commentary-text: 言拔宋五城即其事也如依田完世家以湣王三十八年滅: [961, 1050, 973, 1359]
- commentary-text: 我聞君子之道不以天下人所得用之物儉約: [400, 348, 413, 590]
- double-line-commentary: 不得至不然○正義曰翟氏灝考異云檀弓子思與柳若論喪: [915, 407, 940, 560]
- commentary-subline: 至情禮而不失其經者也毛詩北風王事敦我傳云敦厚也: [1950, 1039, 1965, 1374]
- text-block: 若承瞥然云君大夫以銅為魚縣於池下揄翟也青質五色畫之於絞繒而垂之以為振容象水草之動…: [386, 256, 1150, 621]
- commentary-text: 葬於魯則知母即歿於齊也然則既殁而葬宜終喪於家曷: [1374, 249, 1385, 557]
- text-column: 也襄二十六年曰君淹恤在外十二年矣而無憂色亦無寬: [474, 1050, 487, 1391]
- text-column: 時君子弗行也孟子此言乃即受之於子思者得之為猶云: [890, 256, 903, 621]
- commentary-text: 人或思士而無從注以思士為孟軻甚亦以士讀仕仕與士: [537, 1050, 550, 1359]
- text-column: 為習於禮者鄭注曰夫夫猶言此丈夫也傳三十年左傳曰: [499, 1050, 512, 1391]
- commentary-text: 灝考異云禮記曲禮士載言注云士或為仕周禮載師以宅: [563, 1050, 575, 1359]
- classic-text: 且比化者無使土: [684, 471, 700, 576]
- divider: [362, 1022, 382, 1024]
- commentary-text: 古者稅什一豐年補敗不外求而上下皆: [701, 256, 713, 471]
- commentary-text: 禮曰吾聞有其禮無其財君子弗行也有其禮無其財無其: [903, 256, 915, 565]
